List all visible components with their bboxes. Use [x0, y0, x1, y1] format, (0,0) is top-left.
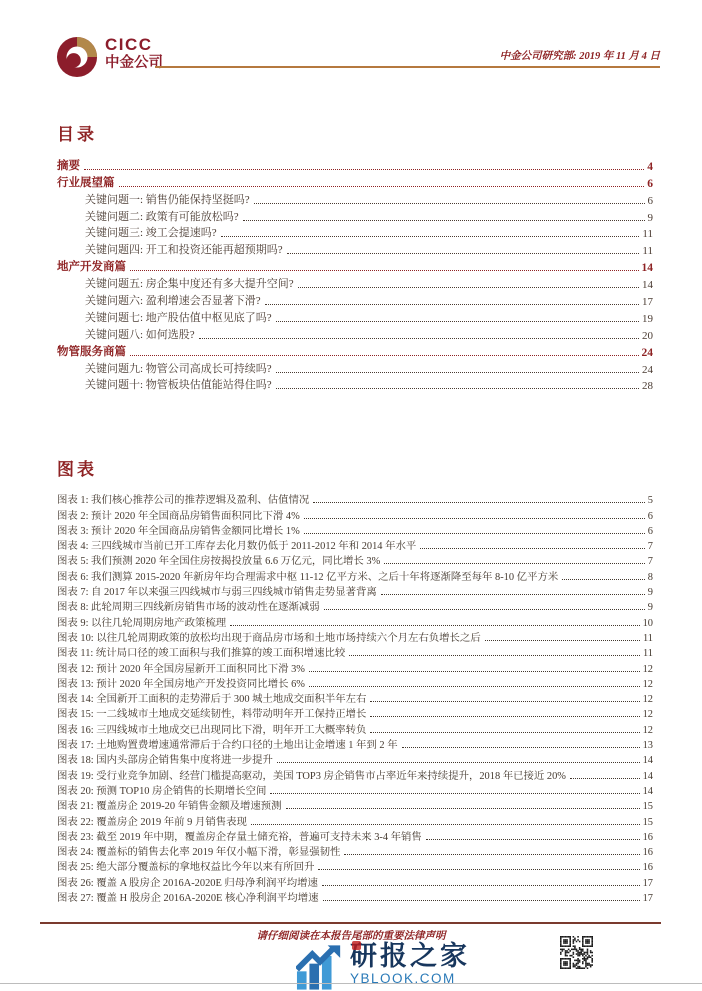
toc-leader-dots [243, 220, 645, 221]
toc-page-number: 20 [642, 330, 653, 342]
toc-title: 目录 [57, 120, 653, 145]
figure-leader-dots [344, 854, 639, 855]
figures-list: 图表 1: 我们核心推荐公司的推荐逻辑及盈利、估值情况 5 图表 2: 预计 2… [57, 491, 653, 904]
figure-leader-dots [324, 609, 645, 610]
brand-name-cn: 中金公司 [105, 56, 163, 71]
toc-page-number: 9 [648, 212, 654, 224]
figure-entry[interactable]: 图表 21: 覆盖房企 2019-20 年销售金额及增速预测 15 [57, 797, 653, 812]
figure-leader-dots [304, 533, 645, 534]
figure-entry-label: 图表 25: 绝大部分覆盖标的拿地权益比今年以来有所回升 [57, 858, 314, 873]
figure-page-number: 15 [643, 801, 653, 812]
figure-page-number: 17 [643, 878, 653, 889]
figure-page-number: 15 [643, 817, 653, 828]
toc-entry-label: 关键问题七: 地产股估值中枢见底了吗? [85, 309, 272, 325]
figure-entry[interactable]: 图表 9: 以往几轮周期房地产政策梳理 10 [57, 613, 653, 628]
figure-page-number: 7 [648, 556, 653, 567]
qr-code [560, 936, 593, 969]
watermark-text: 研报之家 YBLOOK.COM [350, 943, 470, 986]
figure-entry-label: 图表 22: 覆盖房企 2019 年前 9 月销售表现 [57, 813, 247, 828]
toc-page-number: 6 [648, 195, 654, 207]
figure-leader-dots [384, 563, 645, 564]
figure-page-number: 9 [648, 587, 653, 598]
figure-entry-label: 图表 5: 我们预测 2020 年全国住房按揭投放量 6.6 万亿元，同比增长 … [57, 552, 380, 567]
figure-entry-label: 图表 26: 覆盖 A 股房企 2016A-2020E 归母净利润平均增速 [57, 874, 318, 889]
toc-entry-label: 摘要 [57, 157, 80, 173]
figure-entry-label: 图表 15: 一二线城市土地成交延续韧性，料带动明年开工保持正增长 [57, 705, 366, 720]
figure-entry-label: 图表 18: 国内头部房企销售集中度将进一步提升 [57, 751, 273, 766]
toc-entry-label: 关键问题三: 竣工会提速吗? [85, 224, 217, 240]
figure-page-number: 11 [643, 648, 653, 659]
cicc-logo-icon [56, 36, 98, 78]
figure-leader-dots [370, 716, 639, 717]
figure-entry-label: 图表 4: 三四线城市当前已开工库存去化月数仍低于 2011-2012 年和 2… [57, 537, 416, 552]
figure-entry-label: 图表 20: 预测 TOP10 房企销售的长期增长空间 [57, 782, 266, 797]
toc-entry[interactable]: 地产开发商篇 14 [57, 257, 653, 274]
figures-section: 图表 图表 1: 我们核心推荐公司的推荐逻辑及盈利、估值情况 5 图表 2: 预… [57, 455, 653, 904]
figure-entry[interactable]: 图表 1: 我们核心推荐公司的推荐逻辑及盈利、估值情况 5 [57, 491, 653, 506]
figure-leader-dots [318, 869, 639, 870]
figure-page-number: 14 [643, 771, 653, 782]
figure-entry-label: 图表 1: 我们核心推荐公司的推荐逻辑及盈利、估值情况 [57, 491, 309, 506]
toc-entry-label: 物管服务商篇 [57, 343, 126, 359]
toc-entry[interactable]: 关键问题三: 竣工会提速吗? 11 [57, 224, 653, 241]
toc-entry[interactable]: 关键问题五: 房企集中度还有多大提升空间? 14 [57, 274, 653, 291]
figure-leader-dots [313, 502, 645, 503]
figure-entry[interactable]: 图表 25: 绝大部分覆盖标的拿地权益比今年以来有所回升 16 [57, 858, 653, 873]
figure-page-number: 6 [648, 526, 653, 537]
toc-entry-label: 关键问题五: 房企集中度还有多大提升空间? [85, 275, 294, 291]
figure-entry[interactable]: 图表 18: 国内头部房企销售集中度将进一步提升 14 [57, 751, 653, 766]
report-page: CICC 中金公司 中金公司研究部: 2019 年 11 月 4 日 目录 摘要… [0, 0, 702, 991]
figure-page-number: 10 [643, 618, 653, 629]
figure-entry[interactable]: 图表 23: 截至 2019 年中期，覆盖房企存量土储充裕，普遍可支持未来 3-… [57, 828, 653, 843]
figures-title: 图表 [57, 455, 653, 480]
figure-leader-dots [270, 793, 639, 794]
toc-entry-label: 行业展望篇 [57, 174, 115, 190]
figure-page-number: 7 [648, 541, 653, 552]
figure-page-number: 12 [643, 664, 653, 675]
figure-leader-dots [304, 518, 645, 519]
figure-entry-label: 图表 27: 覆盖 H 股房企 2016A-2020E 核心净利润平均增速 [57, 889, 319, 904]
figure-entry[interactable]: 图表 10: 以往几轮周期政策的放松均出现于商品房市场和土地市场持续六个月左右负… [57, 629, 653, 644]
toc-page-number: 4 [647, 161, 653, 173]
figure-entry[interactable]: 图表 8: 此轮周期三四线新房销售市场的波动性在逐渐减弱 9 [57, 598, 653, 613]
figure-leader-dots [323, 900, 640, 901]
toc-leader-dots [84, 169, 644, 170]
figure-page-number: 12 [643, 709, 653, 720]
toc-leader-dots [276, 372, 639, 373]
figure-leader-dots [309, 686, 640, 687]
figure-page-number: 12 [643, 679, 653, 690]
toc-list: 摘要 4 行业展望篇 6 关键问题一: 销售仍能保持坚挺吗? 6 关键问题二: … [57, 156, 653, 392]
figure-leader-dots [277, 762, 640, 763]
figure-entry[interactable]: 图表 13: 预计 2020 年全国房地产开发投资同比增长 6% 12 [57, 675, 653, 690]
toc-entry[interactable]: 物管服务商篇 24 [57, 342, 653, 359]
toc-leader-dots [265, 304, 639, 305]
figure-entry[interactable]: 图表 27: 覆盖 H 股房企 2016A-2020E 核心净利润平均增速 17 [57, 889, 653, 904]
figure-page-number: 16 [643, 832, 653, 843]
figure-page-number: 14 [643, 755, 653, 766]
toc-entry[interactable]: 关键问题八: 如何选股? 20 [57, 325, 653, 342]
figure-entry[interactable]: 图表 2: 预计 2020 年全国商品房销售面积同比下滑 4% 6 [57, 506, 653, 521]
figure-page-number: 6 [648, 511, 653, 522]
toc-page-number: 14 [642, 262, 654, 274]
figure-entry-label: 图表 23: 截至 2019 年中期，覆盖房企存量土储充裕，普遍可支持未来 3-… [57, 828, 422, 843]
toc-entry[interactable]: 摘要 4 [57, 156, 653, 173]
figure-entry[interactable]: 图表 24: 覆盖标的销售去化率 2019 年仅小幅下滑，彰显强韧性 16 [57, 843, 653, 858]
figure-entry-label: 图表 12: 预计 2020 年全国房屋新开工面积同比下滑 3% [57, 660, 305, 675]
figure-leader-dots [402, 747, 640, 748]
toc-entry-label: 地产开发商篇 [57, 258, 126, 274]
figure-entry-label: 图表 6: 我们测算 2015-2020 年新房年均合理需求中枢 11-12 亿… [57, 568, 558, 583]
toc-entry-label: 关键问题八: 如何选股? [85, 326, 195, 342]
figure-entry-label: 图表 16: 三四线城市土地成交已出现同比下滑，明年开工大概率转负 [57, 721, 366, 736]
figure-leader-dots [322, 885, 640, 886]
figure-page-number: 13 [643, 740, 653, 751]
figure-entry-label: 图表 14: 全国新开工面积的走势滞后于 300 城土地成交面积半年左右 [57, 690, 366, 705]
figure-leader-dots [420, 548, 645, 549]
figure-entry[interactable]: 图表 12: 预计 2020 年全国房屋新开工面积同比下滑 3% 12 [57, 659, 653, 674]
figure-leader-dots [562, 579, 645, 580]
figure-entry-label: 图表 7: 自 2017 年以来强三四线城市与弱三四线城市销售走势显著背离 [57, 583, 377, 598]
toc-entry-label: 关键问题二: 政策有可能放松吗? [85, 208, 239, 224]
figure-entry[interactable]: 图表 17: 土地购置费增速通常滞后于合约口径的土地出让金增速 1 年到 2 年… [57, 736, 653, 751]
header-rule [155, 66, 660, 68]
figure-entry[interactable]: 图表 6: 我们测算 2015-2020 年新房年均合理需求中枢 11-12 亿… [57, 567, 653, 582]
figure-entry[interactable]: 图表 15: 一二线城市土地成交延续韧性，料带动明年开工保持正增长 12 [57, 705, 653, 720]
toc-entry[interactable]: 关键问题二: 政策有可能放松吗? 9 [57, 207, 653, 224]
figure-leader-dots [381, 594, 645, 595]
toc-page-number: 28 [642, 380, 653, 392]
toc-entry[interactable]: 关键问题七: 地产股估值中枢见底了吗? 19 [57, 308, 653, 325]
figure-page-number: 11 [643, 633, 653, 644]
toc-leader-dots [119, 186, 645, 187]
figure-leader-dots [570, 778, 640, 779]
figure-page-number: 9 [648, 602, 653, 613]
figure-entry-label: 图表 10: 以往几轮周期政策的放松均出现于商品房市场和土地市场持续六个月左右负… [57, 629, 481, 644]
toc-entry-label: 关键问题四: 开工和投资还能再超预期吗? [85, 241, 283, 257]
toc-entry[interactable]: 关键问题六: 盈利增速会否显著下滑? 17 [57, 291, 653, 308]
toc-page-number: 17 [642, 296, 653, 308]
figure-entry-label: 图表 17: 土地购置费增速通常滞后于合约口径的土地出让金增速 1 年到 2 年 [57, 736, 398, 751]
figure-entry[interactable]: 图表 7: 自 2017 年以来强三四线城市与弱三四线城市销售走势显著背离 9 [57, 583, 653, 598]
toc-page-number: 24 [642, 347, 654, 359]
figure-leader-dots [485, 640, 640, 641]
research-dept-date: 中金公司研究部: 2019 年 11 月 4 日 [500, 48, 660, 63]
toc-leader-dots [276, 388, 639, 389]
figure-page-number: 12 [643, 694, 653, 705]
toc-leader-dots [298, 287, 639, 288]
figure-leader-dots [309, 671, 640, 672]
toc-page-number: 19 [642, 313, 653, 325]
figure-leader-dots [286, 808, 640, 809]
figure-entry-label: 图表 21: 覆盖房企 2019-20 年销售金额及增速预测 [57, 797, 282, 812]
figure-entry[interactable]: 图表 26: 覆盖 A 股房企 2016A-2020E 归母净利润平均增速 17 [57, 873, 653, 888]
toc-entry-label: 关键问题六: 盈利增速会否显著下滑? [85, 292, 261, 308]
figure-entry[interactable]: 图表 20: 预测 TOP10 房企销售的长期增长空间 14 [57, 782, 653, 797]
figure-leader-dots [230, 625, 639, 626]
figure-entry[interactable]: 图表 11: 统计局口径的竣工面积与我们推算的竣工面积增速比较 11 [57, 644, 653, 659]
figure-page-number: 8 [648, 572, 653, 583]
watermark-strip-border [0, 983, 702, 984]
watermark-stamp-mark [352, 941, 361, 950]
figure-entry[interactable]: 图表 5: 我们预测 2020 年全国住房按揭投放量 6.6 万亿元，同比增长 … [57, 552, 653, 567]
figure-entry-label: 图表 11: 统计局口径的竣工面积与我们推算的竣工面积增速比较 [57, 644, 345, 659]
figure-entry-label: 图表 3: 预计 2020 年全国商品房销售金额同比增长 1% [57, 522, 300, 537]
toc-leader-dots [199, 338, 639, 339]
figure-entry-label: 图表 8: 此轮周期三四线新房销售市场的波动性在逐渐减弱 [57, 598, 320, 613]
toc-entry-label: 关键问题一: 销售仍能保持坚挺吗? [85, 191, 250, 207]
figure-page-number: 16 [643, 862, 653, 873]
toc-leader-dots [254, 203, 645, 204]
figure-entry-label: 图表 24: 覆盖标的销售去化率 2019 年仅小幅下滑，彰显强韧性 [57, 843, 340, 858]
figure-page-number: 14 [643, 786, 653, 797]
cicc-logo: CICC 中金公司 [56, 36, 163, 78]
figure-entry[interactable]: 图表 19: 受行业竞争加剧、经营门槛提高驱动，美国 TOP3 房企销售市占率近… [57, 766, 653, 781]
figure-entry-label: 图表 9: 以往几轮周期房地产政策梳理 [57, 614, 226, 629]
figure-leader-dots [426, 839, 640, 840]
toc-page-number: 11 [642, 245, 653, 257]
toc-page-number: 11 [642, 228, 653, 240]
figure-page-number: 12 [643, 725, 653, 736]
footer-rule [40, 922, 661, 924]
figure-leader-dots [370, 701, 639, 702]
toc-page-number: 6 [647, 178, 653, 190]
figure-leader-dots [349, 655, 640, 656]
figure-entry[interactable]: 图表 3: 预计 2020 年全国商品房销售金额同比增长 1% 6 [57, 522, 653, 537]
toc-page-number: 24 [642, 364, 653, 376]
figure-entry-label: 图表 19: 受行业竞争加剧、经营门槛提高驱动，美国 TOP3 房企销售市占率近… [57, 767, 566, 782]
figure-page-number: 17 [643, 893, 653, 904]
figure-entry[interactable]: 图表 14: 全国新开工面积的走势滞后于 300 城土地成交面积半年左右 12 [57, 690, 653, 705]
toc-entry[interactable]: 关键问题九: 物管公司高成长可持续吗? 24 [57, 359, 653, 376]
toc-leader-dots [221, 236, 640, 237]
brand-name-en: CICC [105, 36, 163, 53]
figure-page-number: 16 [643, 847, 653, 858]
toc-leader-dots [130, 270, 639, 271]
figure-page-number: 5 [648, 495, 653, 506]
toc-entry-label: 关键问题九: 物管公司高成长可持续吗? [85, 360, 272, 376]
figure-entry-label: 图表 2: 预计 2020 年全国商品房销售面积同比下滑 4% [57, 507, 300, 522]
toc-entry[interactable]: 关键问题一: 销售仍能保持坚挺吗? 6 [57, 190, 653, 207]
toc-leader-dots [276, 321, 639, 322]
figure-leader-dots [370, 732, 639, 733]
toc-page-number: 14 [642, 279, 653, 291]
figure-entry[interactable]: 图表 16: 三四线城市土地成交已出现同比下滑，明年开工大概率转负 12 [57, 720, 653, 735]
watermark-name: 研报之家 [350, 943, 470, 970]
toc-entry[interactable]: 关键问题四: 开工和投资还能再超预期吗? 11 [57, 240, 653, 257]
toc-entry-label: 关键问题十: 物管板块估值能站得住吗? [85, 376, 272, 392]
figure-entry[interactable]: 图表 4: 三四线城市当前已开工库存去化月数仍低于 2011-2012 年和 2… [57, 537, 653, 552]
figure-leader-dots [251, 824, 640, 825]
toc-entry[interactable]: 关键问题十: 物管板块估值能站得住吗? 28 [57, 376, 653, 393]
toc-entry[interactable]: 行业展望篇 6 [57, 173, 653, 190]
toc-leader-dots [287, 253, 640, 254]
toc-section: 目录 摘要 4 行业展望篇 6 关键问题一: 销售仍能保持坚挺吗? 6 关键问题… [57, 120, 653, 392]
figure-entry-label: 图表 13: 预计 2020 年全国房地产开发投资同比增长 6% [57, 675, 305, 690]
toc-leader-dots [130, 355, 639, 356]
figure-entry[interactable]: 图表 22: 覆盖房企 2019 年前 9 月销售表现 15 [57, 812, 653, 827]
